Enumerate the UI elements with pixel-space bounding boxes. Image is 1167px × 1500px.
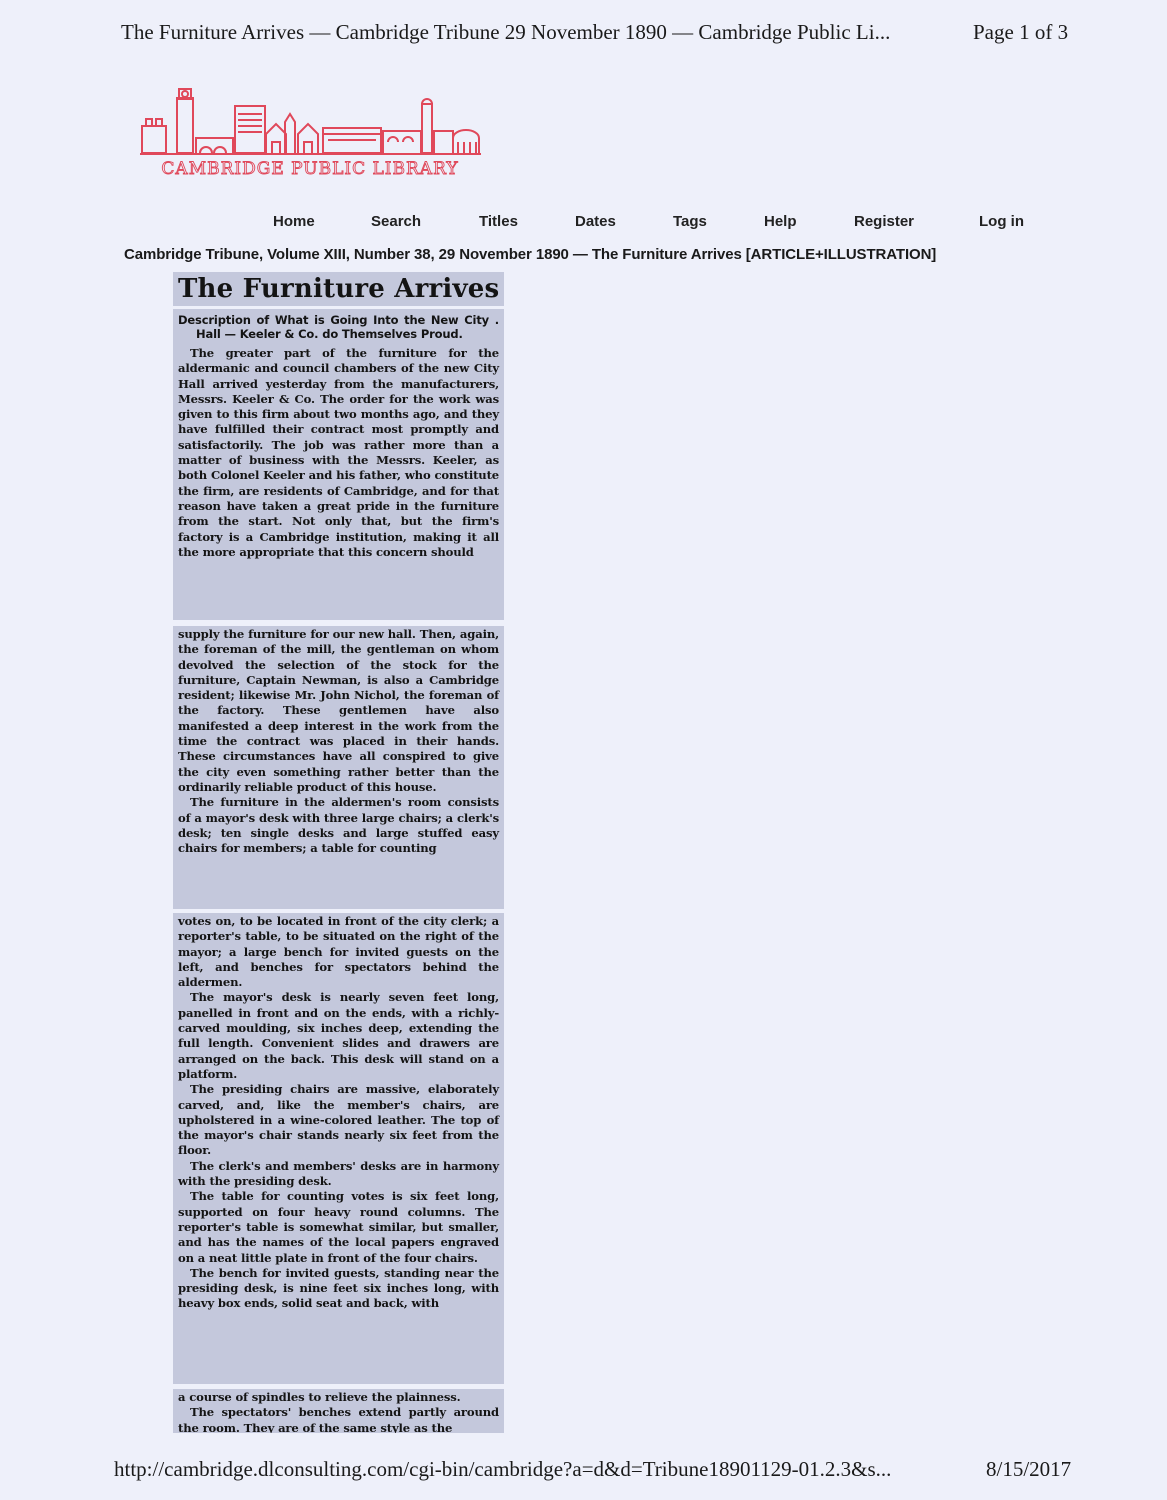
nav-dates[interactable]: Dates <box>575 213 616 230</box>
nav-log-in[interactable]: Log in <box>979 213 1024 230</box>
article-segment-4: a course of spindles to relieve the plai… <box>173 1389 504 1433</box>
skyline-logo-icon: CAMBRIDGE PUBLIC LIBRARY <box>138 86 483 186</box>
breadcrumb: Cambridge Tribune, Volume XIII, Number 3… <box>124 246 936 263</box>
article-subheadline: Description of What is Going Into the Ne… <box>178 309 499 341</box>
nav-search[interactable]: Search <box>371 213 421 230</box>
article-segment-1: Description of What is Going Into the Ne… <box>173 309 504 620</box>
print-date: 8/15/2017 <box>986 1457 1071 1482</box>
page-indicator: Page 1 of 3 <box>973 20 1068 45</box>
article-paragraph: The presiding chairs are massive, elabor… <box>178 1082 499 1158</box>
article-paragraph: The mayor's desk is nearly seven feet lo… <box>178 990 499 1082</box>
article-paragraph: The clerk's and members' desks are in ha… <box>178 1159 499 1190</box>
article-paragraph: The bench for invited guests, standing n… <box>178 1266 499 1312</box>
article-paragraph: a course of spindles to relieve the plai… <box>178 1390 499 1405</box>
nav-register[interactable]: Register <box>854 213 914 230</box>
article-paragraph: votes on, to be located in front of the … <box>178 914 499 990</box>
article-segment-2: supply the furniture for our new hall. T… <box>173 626 504 909</box>
nav-help[interactable]: Help <box>764 213 797 230</box>
article-headline: The Furniture Arrives <box>177 272 500 304</box>
article-paragraph: The table for counting votes is six feet… <box>178 1189 499 1265</box>
article-paragraph: The furniture in the aldermen's room con… <box>178 795 499 856</box>
logo-wordmark: CAMBRIDGE PUBLIC LIBRARY <box>161 159 458 179</box>
print-page-title: The Furniture Arrives — Cambridge Tribun… <box>121 20 890 45</box>
article-segment-3: votes on, to be located in front of the … <box>173 913 504 1384</box>
article-paragraph: The greater part of the furniture for th… <box>178 346 499 560</box>
article-paragraph: The spectators' benches extend partly ar… <box>178 1405 499 1433</box>
cambridge-public-library-logo[interactable]: CAMBRIDGE PUBLIC LIBRARY <box>138 86 483 186</box>
nav-titles[interactable]: Titles <box>479 213 518 230</box>
article-paragraph: supply the furniture for our new hall. T… <box>178 627 499 795</box>
page-url: http://cambridge.dlconsulting.com/cgi-bi… <box>114 1457 891 1482</box>
article-headline-clip: The Furniture Arrives <box>173 272 504 306</box>
nav-tags[interactable]: Tags <box>673 213 707 230</box>
nav-home[interactable]: Home <box>273 213 315 230</box>
